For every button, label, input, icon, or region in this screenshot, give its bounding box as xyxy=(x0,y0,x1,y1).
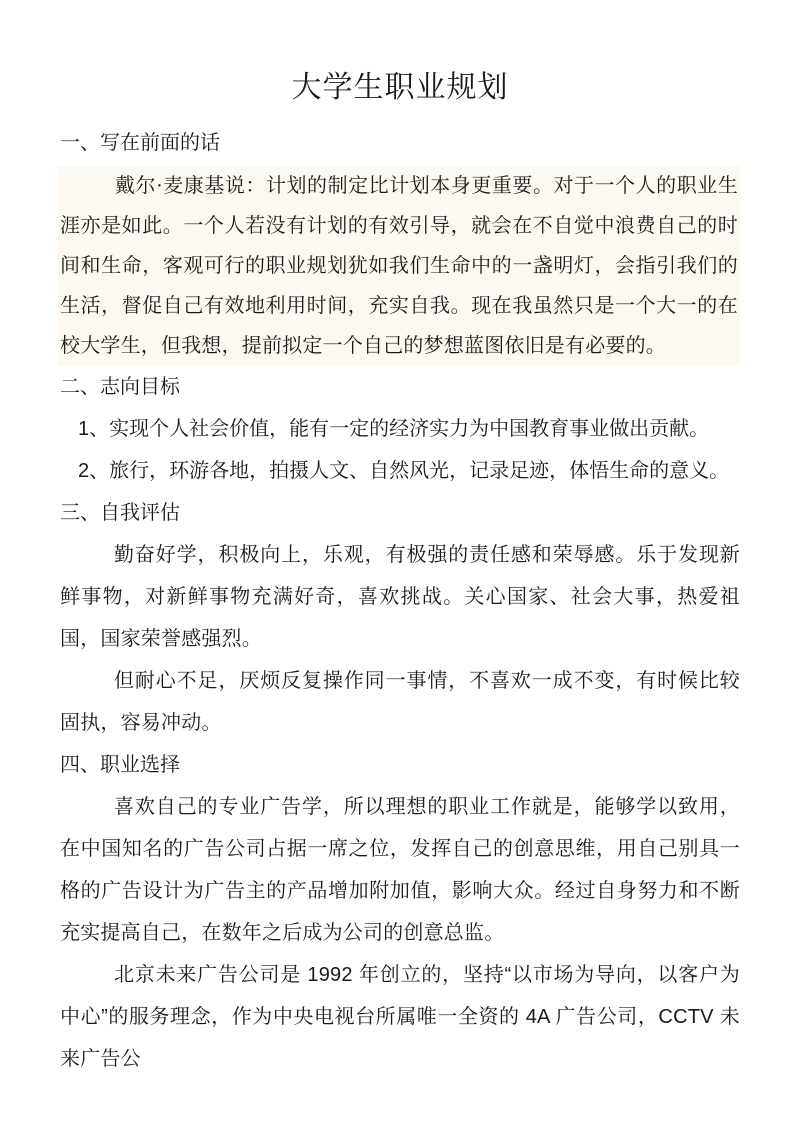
highlighted-quote-box: 戴尔·麦康基说：计划的制定比计划本身更重要。对于一个人的职业生涯亦是如此。一个人… xyxy=(58,166,740,366)
goal-list-item-2: 2、旅行，环游各地，拍摄人文、自然风光，记录足迹，体悟生命的意义。 xyxy=(78,450,740,492)
self-assessment-paragraph-1: 勤奋好学，积极向上，乐观，有极强的责任感和荣辱感。乐于发现新鲜事物，对新鲜事物充… xyxy=(60,534,740,660)
document-title: 大学生职业规划 xyxy=(60,66,740,110)
quote-paragraph: 戴尔·麦康基说：计划的制定比计划本身更重要。对于一个人的职业生涯亦是如此。一个人… xyxy=(60,166,738,366)
self-assessment-paragraph-2: 但耐心不足，厌烦反复操作同一事情，不喜欢一成不变，有时候比较固执，容易冲动。 xyxy=(60,660,740,744)
career-choice-paragraph-1: 喜欢自己的专业广告学，所以理想的职业工作就是，能够学以致用，在中国知名的广告公司… xyxy=(60,786,740,954)
goal-list-item-1: 1、实现个人社会价值，能有一定的经济实力为中国教育事业做出贡献。 xyxy=(78,408,740,450)
section-heading-career-choice: 四、职业选择 xyxy=(60,744,740,786)
section-heading-goals: 二、志向目标 xyxy=(60,366,740,408)
section-heading-self-assessment: 三、自我评估 xyxy=(60,492,740,534)
section-heading-preface: 一、写在前面的话 xyxy=(60,122,740,164)
document-page: 大学生职业规划 一、写在前面的话 戴尔·麦康基说：计划的制定比计划本身更重要。对… xyxy=(0,0,793,1122)
career-choice-paragraph-2: 北京未来广告公司是 1992 年创立的，坚持“以市场为导向，以客户为中心”的服务… xyxy=(60,954,740,1080)
